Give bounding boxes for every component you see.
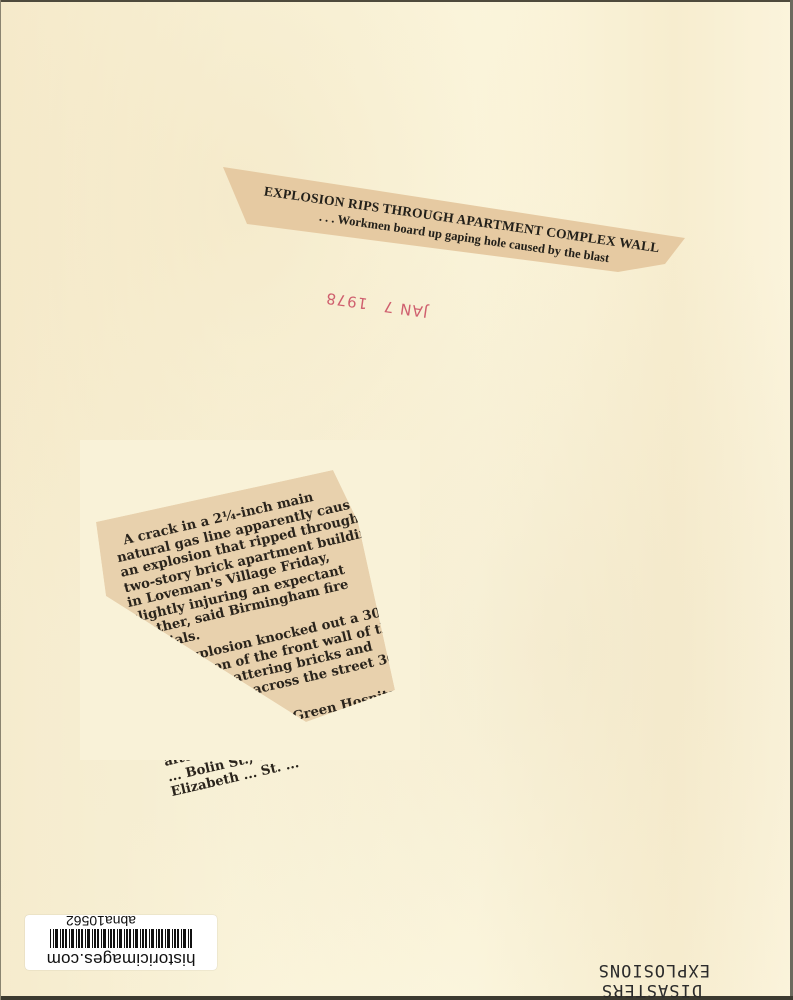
scan-edge-left [0,0,1,1000]
scan-edge-top [0,0,793,2]
barcode-site-text: historicimages.com [25,949,217,969]
barcode-icon [50,929,192,948]
barcode-id-text: abna10562 [25,913,217,929]
category-stamp-line-1: EXPLOSIONS [560,960,710,980]
category-stamp: DISASTERS EXPLOSIONS [560,960,710,1000]
photo-back-paper [0,0,793,1000]
category-stamp-line-2: DISASTERS [560,980,710,1000]
barcode-label: historicimages.com abna10562 [25,915,217,970]
